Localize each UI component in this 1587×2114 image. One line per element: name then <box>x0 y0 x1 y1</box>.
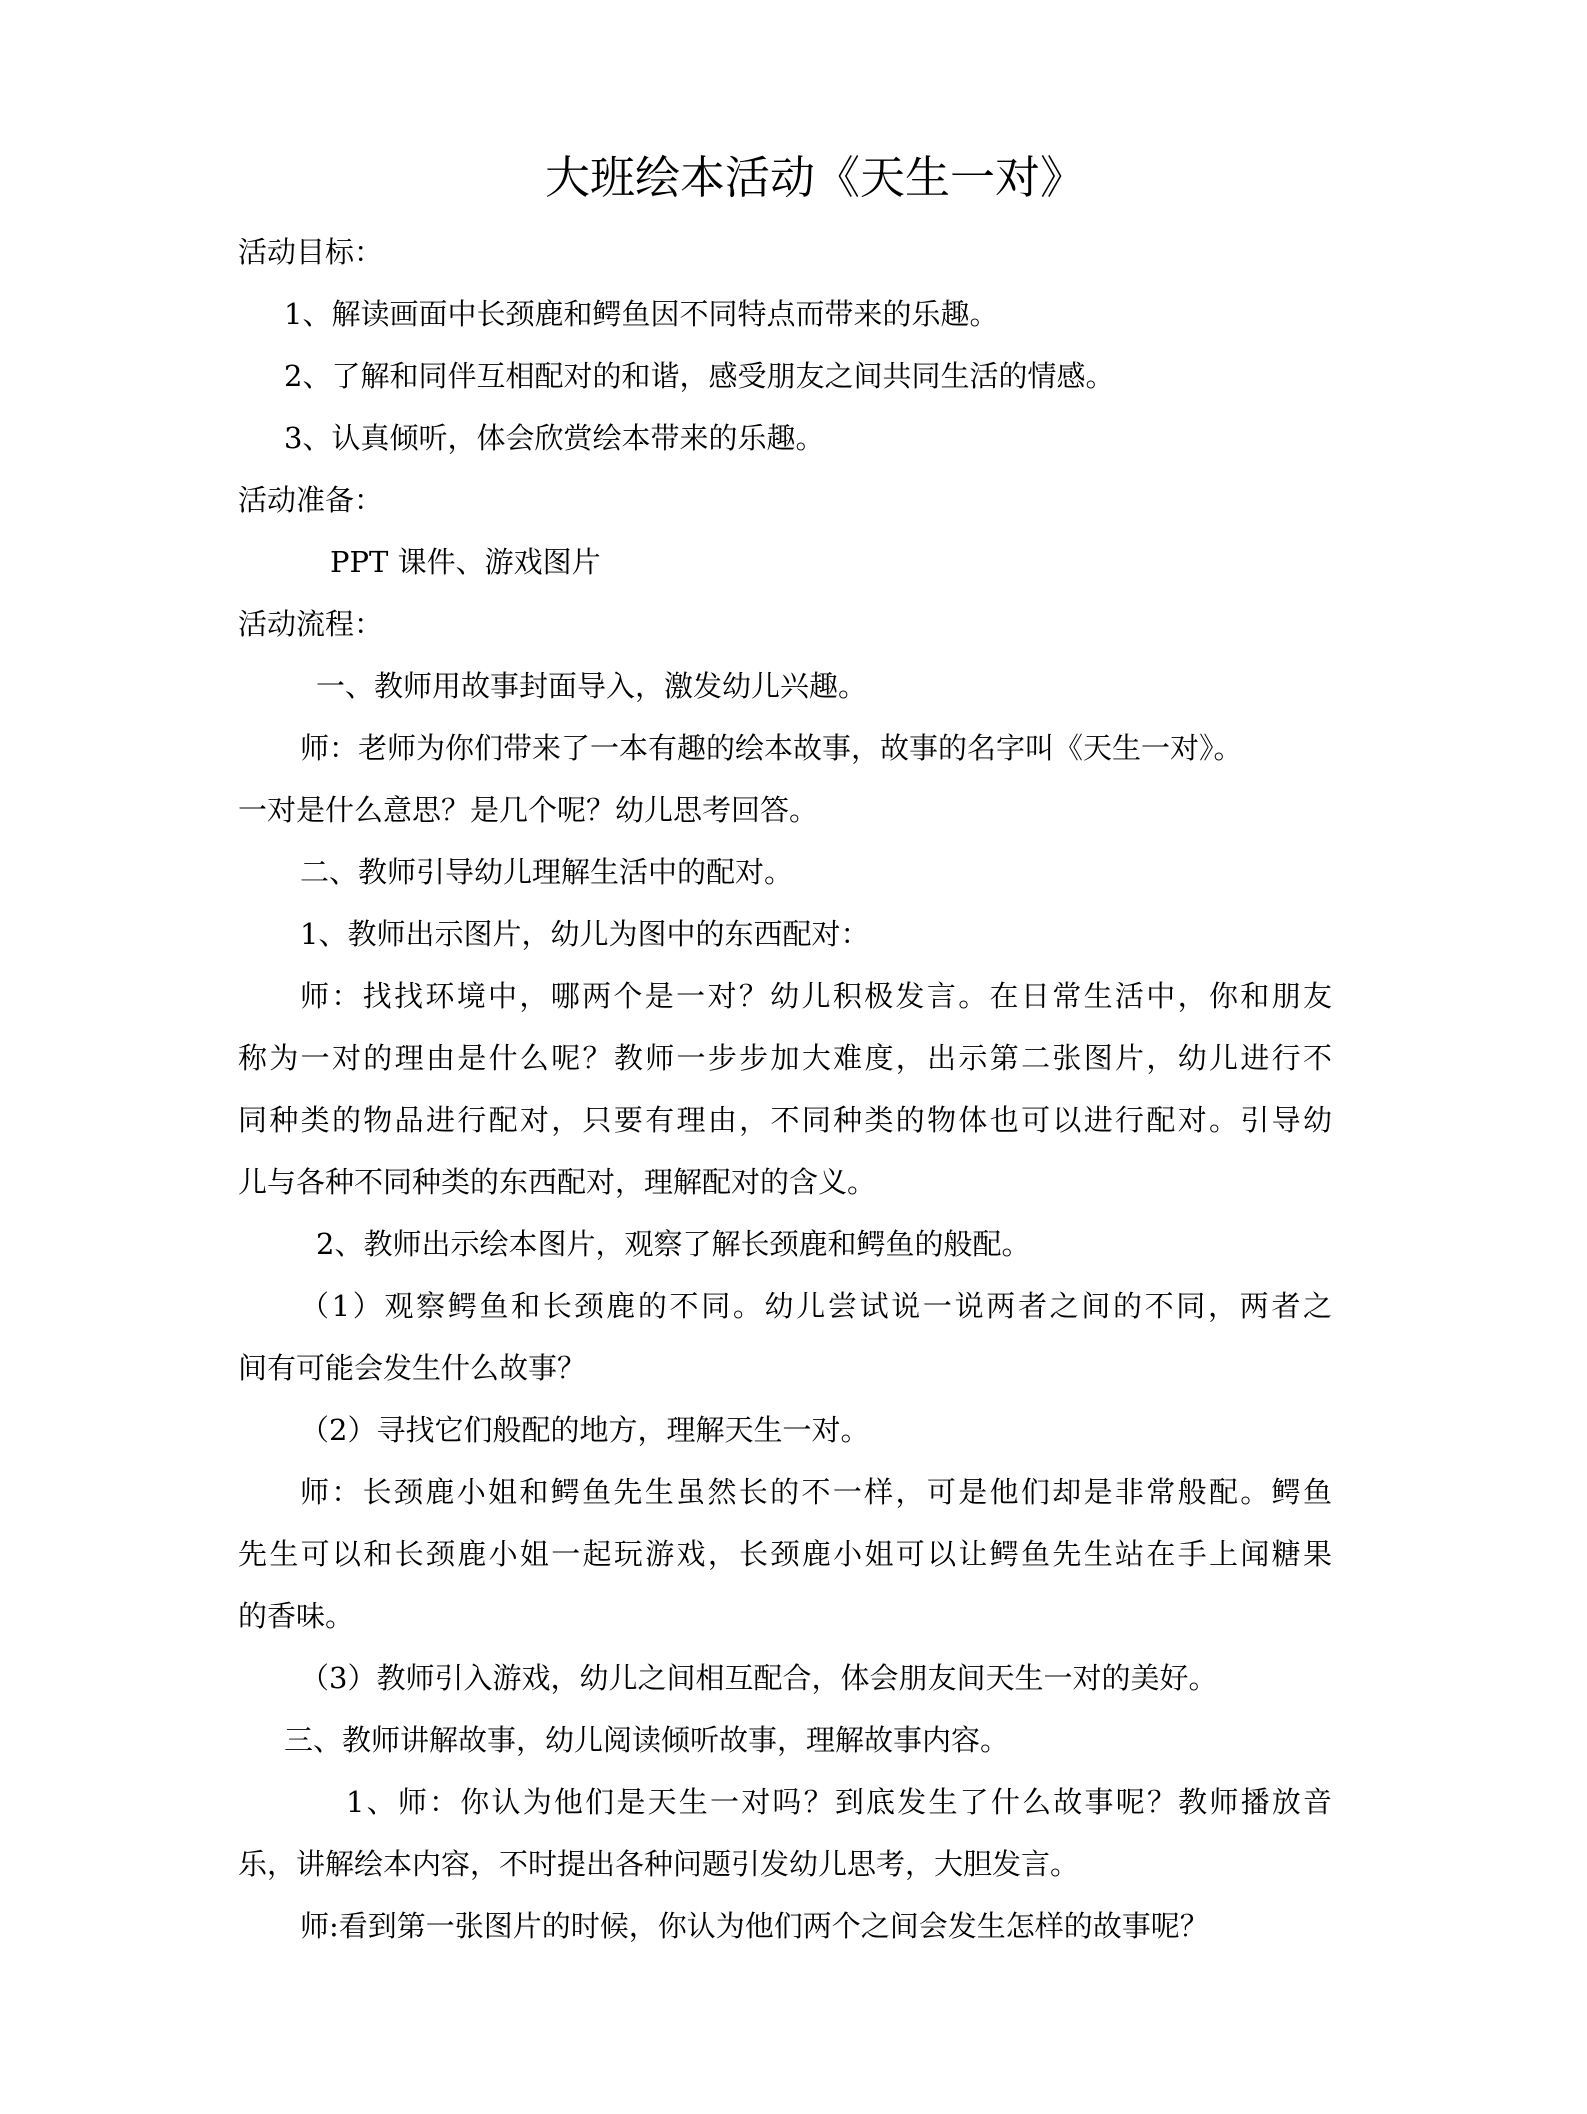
paragraph-line: 1、师：你认为他们是天生一对吗？到底发生了什么故事呢？教师播放音 <box>238 1782 1332 1822</box>
paragraph-line: 师：老师为你们带来了一本有趣的绘本故事，故事的名字叫《天生一对》。 <box>238 728 1243 768</box>
paragraph-line: 1、解读画面中长颈鹿和鳄鱼因不同特点而带来的乐趣。 <box>238 294 998 334</box>
paragraph-line: 活动准备： <box>238 480 383 520</box>
paragraph-line: 师:看到第一张图片的时候，你认为他们两个之间会发生怎样的故事呢？ <box>238 1906 1209 1946</box>
paragraph-line: 2、了解和同伴互相配对的和谐，感受朋友之间共同生活的情感。 <box>238 356 1114 396</box>
paragraph-line: （2）寻找它们般配的地方，理解天生一对。 <box>238 1410 869 1450</box>
paragraph-line: 3、认真倾听，体会欣赏绘本带来的乐趣。 <box>238 418 824 458</box>
paragraph-line: （1）观察鳄鱼和长颈鹿的不同。幼儿尝试说一说两者之间的不同，两者之 <box>238 1286 1332 1326</box>
paragraph-line: 同种类的物品进行配对，只要有理由，不同种类的物体也可以进行配对。引导幼 <box>238 1100 1332 1140</box>
paragraph-line: 2、教师出示绘本图片，观察了解长颈鹿和鳄鱼的般配。 <box>238 1224 1030 1264</box>
paragraph-line: 一对是什么意思？是几个呢？幼儿思考回答。 <box>238 790 818 830</box>
paragraph-line: 称为一对的理由是什么呢？教师一步步加大难度，出示第二张图片，幼儿进行不 <box>238 1038 1332 1078</box>
document-title: 大班绘本活动《天生一对》 <box>238 148 1332 208</box>
paragraph-line: （3）教师引入游戏，幼儿之间相互配合，体会朋友间天生一对的美好。 <box>238 1658 1217 1698</box>
paragraph-line: 一、教师用故事封面导入，激发幼儿兴趣。 <box>238 666 867 706</box>
paragraph-line: 二、教师引导幼儿理解生活中的配对。 <box>238 852 793 892</box>
paragraph-line: 活动目标： <box>238 232 383 272</box>
paragraph-line: PPT 课件、游戏图片 <box>238 542 601 582</box>
paragraph-line: 儿与各种不同种类的东西配对，理解配对的含义。 <box>238 1162 876 1202</box>
paragraph-line: 的香味。 <box>238 1596 354 1636</box>
paragraph-line: 师：找找环境中，哪两个是一对？幼儿积极发言。在日常生活中，你和朋友 <box>238 976 1332 1016</box>
paragraph-line: 三、教师讲解故事，幼儿阅读倾听故事，理解故事内容。 <box>238 1720 1009 1760</box>
paragraph-line: 师：长颈鹿小姐和鳄鱼先生虽然长的不一样，可是他们却是非常般配。鳄鱼 <box>238 1472 1332 1512</box>
paragraph-line: 活动流程： <box>238 604 383 644</box>
paragraph-line: 先生可以和长颈鹿小姐一起玩游戏，长颈鹿小姐可以让鳄鱼先生站在手上闻糖果 <box>238 1534 1332 1574</box>
paragraph-line: 间有可能会发生什么故事？ <box>238 1348 586 1388</box>
paragraph-line: 1、教师出示图片，幼儿为图中的东西配对： <box>238 914 869 954</box>
paragraph-line: 乐，讲解绘本内容，不时提出各种问题引发幼儿思考，大胆发言。 <box>238 1844 1079 1884</box>
